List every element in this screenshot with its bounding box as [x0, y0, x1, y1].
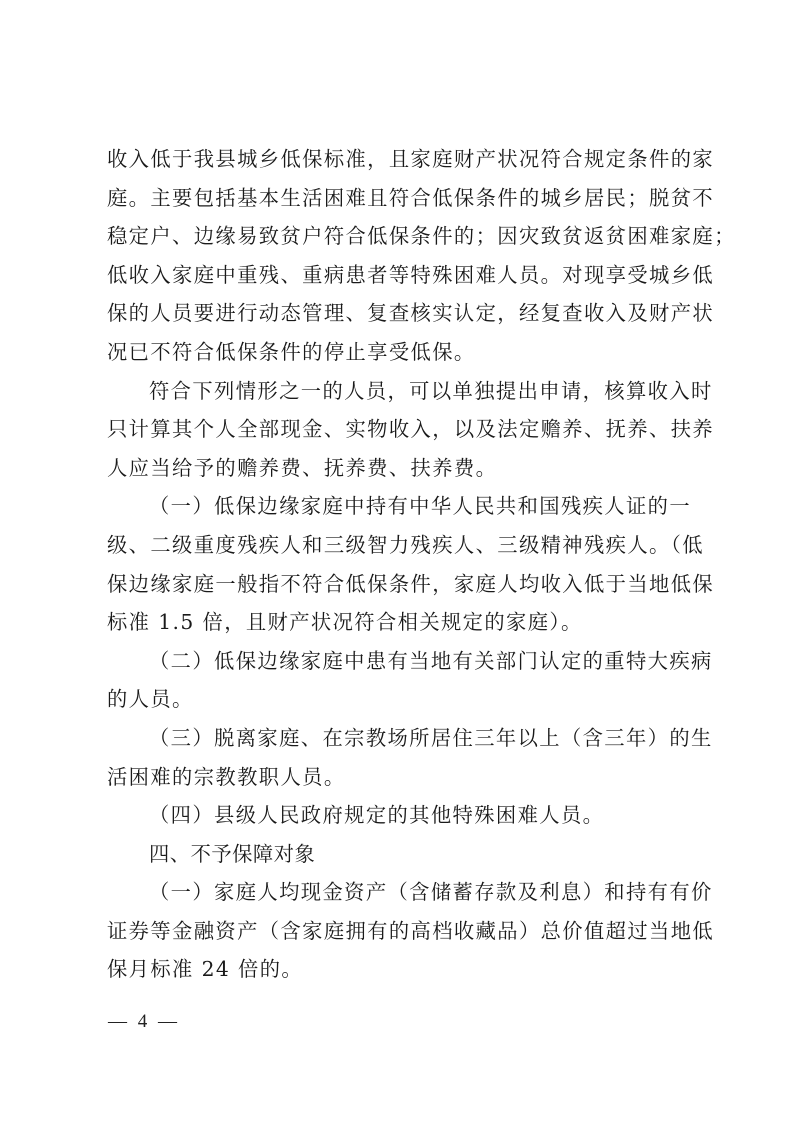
text-line: 况已不符合低保条件的停止享受低保。 [107, 333, 691, 372]
paragraph-exclusion-1: （一）家庭人均现金资产（含储蓄存款及利息）和持有有价 证券等金融资产（含家庭拥有… [107, 873, 691, 989]
text-line: 的人员。 [107, 680, 691, 719]
page-number: — 4 — [108, 1011, 180, 1033]
text-line: （四）县级人民政府规定的其他特殊困难人员。 [107, 796, 691, 835]
text-line: （二）低保边缘家庭中患有当地有关部门认定的重特大疾病 [107, 642, 691, 681]
text-line: （一）家庭人均现金资产（含储蓄存款及利息）和持有有价 [107, 873, 691, 912]
text-line: （三）脱离家庭、在宗教场所居住三年以上（含三年）的生 [107, 719, 691, 758]
text-line: 稳定户、边缘易致贫户符合低保条件的；因灾致贫返贫困难家庭； [107, 217, 691, 256]
text-line: （一）低保边缘家庭中持有中华人民共和国残疾人证的一 [107, 487, 691, 526]
section-heading: 四、不予保障对象 [107, 835, 691, 874]
paragraph-continuation: 收入低于我县城乡低保标准，且家庭财产状况符合规定条件的家 庭。主要包括基本生活困… [107, 140, 691, 372]
text-line: 符合下列情形之一的人员，可以单独提出申请，核算收入时 [107, 372, 691, 411]
text-line: 级、二级重度残疾人和三级智力残疾人、三级精神残疾人。（低 [107, 526, 691, 565]
text-line: 保月标准 24 倍的。 [107, 950, 691, 989]
document-page: 收入低于我县城乡低保标准，且家庭财产状况符合规定条件的家 庭。主要包括基本生活困… [0, 0, 793, 1122]
paragraph-item-2: （二）低保边缘家庭中患有当地有关部门认定的重特大疾病 的人员。 [107, 642, 691, 719]
text-line: 庭。主要包括基本生活困难且符合低保条件的城乡居民；脱贫不 [107, 179, 691, 218]
document-body: 收入低于我县城乡低保标准，且家庭财产状况符合规定条件的家 庭。主要包括基本生活困… [107, 140, 691, 989]
text-line: 收入低于我县城乡低保标准，且家庭财产状况符合规定条件的家 [107, 140, 691, 179]
text-line: 只计算其个人全部现金、实物收入，以及法定赡养、抚养、扶养 [107, 410, 691, 449]
text-line: 低收入家庭中重残、重病患者等特殊困难人员。对现享受城乡低 [107, 256, 691, 295]
section-heading-exclusions: 四、不予保障对象 [107, 835, 691, 874]
text-line: 活困难的宗教教职人员。 [107, 758, 691, 797]
text-line: 人应当给予的赡养费、抚养费、扶养费。 [107, 449, 691, 488]
text-line: 保边缘家庭一般指不符合低保条件，家庭人均收入低于当地低保 [107, 565, 691, 604]
paragraph-individual-application: 符合下列情形之一的人员，可以单独提出申请，核算收入时 只计算其个人全部现金、实物… [107, 372, 691, 488]
text-line: 标准 1.5 倍，且财产状况符合相关规定的家庭）。 [107, 603, 691, 642]
paragraph-item-4: （四）县级人民政府规定的其他特殊困难人员。 [107, 796, 691, 835]
text-line: 保的人员要进行动态管理、复查核实认定，经复查收入及财产状 [107, 294, 691, 333]
paragraph-item-3: （三）脱离家庭、在宗教场所居住三年以上（含三年）的生 活困难的宗教教职人员。 [107, 719, 691, 796]
text-line: 证券等金融资产（含家庭拥有的高档收藏品）总价值超过当地低 [107, 912, 691, 951]
paragraph-item-1: （一）低保边缘家庭中持有中华人民共和国残疾人证的一 级、二级重度残疾人和三级智力… [107, 487, 691, 641]
